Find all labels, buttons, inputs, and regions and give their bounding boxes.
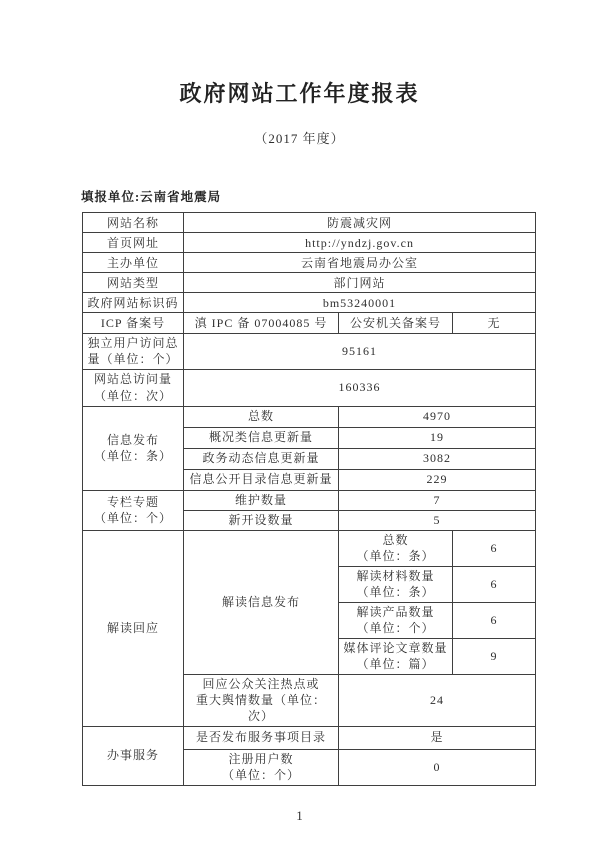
special-columns-section-label: 专栏专题 （单位：个） <box>83 490 184 530</box>
table-row: 首页网址 http://yndzj.gov.cn <box>83 233 536 253</box>
interpret-section-label: 解读回应 <box>83 530 184 726</box>
security-record-value: 无 <box>453 313 536 334</box>
home-url-label: 首页网址 <box>83 233 184 253</box>
icp-label: ICP 备案号 <box>83 313 184 334</box>
interpret-row-label: 解读产品数量 （单位：个） <box>339 602 453 638</box>
site-code-label: 政府网站标识码 <box>83 293 184 313</box>
icp-value: 滇 IPC 备 07004085 号 <box>184 313 339 334</box>
interpret-row-label: 总数 （单位：条） <box>339 530 453 566</box>
table-row: 主办单位 云南省地震局办公室 <box>83 253 536 273</box>
table-row: 网站类型 部门网站 <box>83 273 536 293</box>
services-row-label: 注册用户数 （单位：个） <box>184 749 339 785</box>
table-row: 办事服务 是否发布服务事项目录 是 <box>83 726 536 749</box>
sponsor-label: 主办单位 <box>83 253 184 273</box>
document-page: 政府网站工作年度报表 （2017 年度） 填报单位:云南省地震局 网站名称 防震… <box>0 0 599 844</box>
site-type-label: 网站类型 <box>83 273 184 293</box>
info-publish-row-value: 229 <box>339 469 536 490</box>
services-section-label: 办事服务 <box>83 726 184 785</box>
security-record-label: 公安机关备案号 <box>339 313 453 334</box>
interpret-publish-label: 解读信息发布 <box>184 530 339 674</box>
services-row-value: 是 <box>339 726 536 749</box>
interpret-row-value: 9 <box>453 638 536 674</box>
table-row: 独立用户访问总 量（单位：个） 95161 <box>83 334 536 369</box>
total-visits-label: 网站总访问量 （单位：次） <box>83 369 184 406</box>
public-response-label: 回应公众关注热点或 重大舆情数量（单位： 次） <box>184 674 339 726</box>
info-publish-row-label: 信息公开目录信息更新量 <box>184 469 339 490</box>
interpret-row-label: 媒体评论文章数量 （单位：篇） <box>339 638 453 674</box>
sponsor-value: 云南省地震局办公室 <box>184 253 536 273</box>
page-subtitle: （2017 年度） <box>0 128 599 147</box>
table-row: 信息发布 （单位：条） 总数 4970 <box>83 406 536 427</box>
special-columns-row-label: 新开设数量 <box>184 510 339 530</box>
info-publish-row-value: 4970 <box>339 406 536 427</box>
page-title: 政府网站工作年度报表 <box>0 0 599 106</box>
info-publish-row-label: 概况类信息更新量 <box>184 427 339 448</box>
interpret-row-label: 解读材料数量 （单位：条） <box>339 566 453 602</box>
special-columns-row-value: 5 <box>339 510 536 530</box>
annual-report-table: 网站名称 防震减灾网 首页网址 http://yndzj.gov.cn 主办单位… <box>82 212 536 785</box>
page-number: 1 <box>0 808 599 824</box>
info-publish-section-label: 信息发布 （单位：条） <box>83 406 184 490</box>
table-row: 政府网站标识码 bm53240001 <box>83 293 536 313</box>
special-columns-row-label: 维护数量 <box>184 490 339 510</box>
info-publish-row-value: 3082 <box>339 448 536 469</box>
info-publish-row-label: 总数 <box>184 406 339 427</box>
interpret-row-value: 6 <box>453 530 536 566</box>
site-code-value: bm53240001 <box>184 293 536 313</box>
services-row-label: 是否发布服务事项目录 <box>184 726 339 749</box>
site-name-value: 防震减灾网 <box>184 213 536 233</box>
table-row: 网站名称 防震减灾网 <box>83 213 536 233</box>
table-row: ICP 备案号 滇 IPC 备 07004085 号 公安机关备案号 无 <box>83 313 536 334</box>
unique-visitors-value: 95161 <box>184 334 536 369</box>
table-row: 网站总访问量 （单位：次） 160336 <box>83 369 536 406</box>
site-name-label: 网站名称 <box>83 213 184 233</box>
info-publish-row-label: 政务动态信息更新量 <box>184 448 339 469</box>
table-row: 专栏专题 （单位：个） 维护数量 7 <box>83 490 536 510</box>
site-type-value: 部门网站 <box>184 273 536 293</box>
reporting-unit-label: 填报单位:云南省地震局 <box>81 187 599 205</box>
public-response-value: 24 <box>339 674 536 726</box>
table-row: 解读回应 解读信息发布 总数 （单位：条） 6 <box>83 530 536 566</box>
info-publish-row-value: 19 <box>339 427 536 448</box>
total-visits-value: 160336 <box>184 369 536 406</box>
interpret-row-value: 6 <box>453 566 536 602</box>
unique-visitors-label: 独立用户访问总 量（单位：个） <box>83 334 184 369</box>
special-columns-row-value: 7 <box>339 490 536 510</box>
services-row-value: 0 <box>339 749 536 785</box>
interpret-row-value: 6 <box>453 602 536 638</box>
home-url-value: http://yndzj.gov.cn <box>184 233 536 253</box>
